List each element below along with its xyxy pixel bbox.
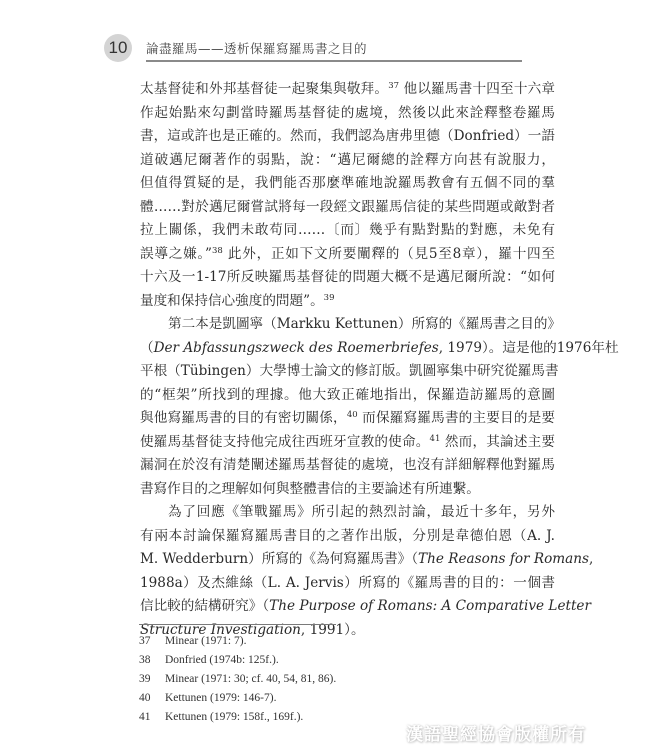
body-text: 太基督徒和外邦基督徒一起聚集與敬拜。37 他以羅馬書十四至十六章 作起始點來勾劃… — [140, 78, 555, 642]
page-number-badge: 10 — [104, 34, 132, 62]
book-title-italic: The Reasons for Romans — [418, 551, 589, 567]
text-line: 信比較的結構研究》（The Purpose of Romans: A Compa… — [140, 595, 555, 619]
copyright-watermark: 漢語聖經協會版權所有 — [406, 720, 586, 745]
text-line: 量度和保持信心強度的問題”。39 — [140, 290, 555, 314]
text-line: 的“框架”所找到的理據。他大致正確地指出，保羅造訪羅馬的意圖 — [140, 384, 555, 408]
footnote-37: 37Minear (1971: 7). — [139, 632, 336, 651]
text-line: M. Wedderburn）所寫的《為何寫羅馬書》（The Reasons fo… — [140, 548, 555, 572]
footnote-ref-39[interactable]: 39 — [324, 293, 335, 303]
footnote-ref-37[interactable]: 37 — [388, 81, 399, 91]
book-title-italic: The Purpose of Romans: A Comparative Let… — [269, 598, 591, 614]
text-line: 十六及一1-17所反映羅馬基督徒的問題大概不是邁尼爾所說：“如何 — [140, 266, 555, 290]
text-line: 有兩本討論保羅寫羅馬書目的之著作出版，分別是韋德伯恩（A. J. — [140, 525, 555, 549]
footnotes: 37Minear (1971: 7). 38Donfried (1974b: 1… — [139, 632, 336, 727]
footnote-ref-41[interactable]: 41 — [430, 434, 441, 444]
text-line: 書，這或許也是正確的。然而，我們認為唐弗里德（Donfried）一語 — [140, 125, 555, 149]
footnote-39: 39Minear (1971: 30; cf. 40, 54, 81, 86). — [139, 670, 336, 689]
paragraph-start: 第二本是凱圖寧（Markku Kettunen）所寫的《羅馬書之目的》 — [140, 313, 555, 337]
paragraph-start: 為了回應《筆戰羅馬》所引起的熱烈討論，最近十多年，另外 — [140, 501, 555, 525]
text-line: 太基督徒和外邦基督徒一起聚集與敬拜。37 他以羅馬書十四至十六章 — [140, 78, 555, 102]
footnote-divider — [139, 624, 336, 625]
footnote-ref-38[interactable]: 38 — [212, 246, 223, 256]
text-line: 體……對於邁尼爾嘗試將每一段經文跟羅馬信徒的某些問題或敵對者 — [140, 196, 555, 220]
running-title: 論盡羅馬——透析保羅寫羅馬書之目的 — [146, 39, 367, 57]
text-line: 1988a）及杰維絲（L. A. Jervis）所寫的《羅馬書的目的：一個書 — [140, 572, 555, 596]
text-line: 與他寫羅馬書的目的有密切關係，40 而保羅寫羅馬書的主要目的是要 — [140, 407, 555, 431]
text-line: 道破邁尼爾著作的弱點，說：“邁尼爾總的詮釋方向甚有說服力， — [140, 149, 555, 173]
text-line: 漏洞在於沒有清楚闡述羅馬基督徒的處境，也沒有詳細解釋他對羅馬 — [140, 454, 555, 478]
text-line: 作起始點來勾劃當時羅馬基督徒的處境，然後以此來詮釋整卷羅馬 — [140, 102, 555, 126]
text-line: （Der Abfassungszweck des Roemerbriefes, … — [140, 337, 555, 361]
text-line: 平根（Tübingen）大學博士論文的修訂版。凱圖寧集中研究從羅馬書 — [140, 360, 555, 384]
footnote-41: 41Kettunen (1979: 158f., 169f.). — [139, 708, 336, 727]
text-line: 拉上關係，我們未敢苟同……〔而〕幾乎有點對點的對應，未免有 — [140, 219, 555, 243]
text-line: 誤導之嫌。”38 此外，正如下文所要闡釋的（見5至8章），羅十四至 — [140, 243, 555, 267]
footnote-38: 38Donfried (1974b: 125f.). — [139, 651, 336, 670]
header-divider — [146, 60, 522, 62]
book-title-italic: Der Abfassungszweck des Roemerbriefes — [154, 340, 439, 356]
text-line: 書寫作目的之理解如何與整體書信的主要論述有所連繫。 — [140, 478, 555, 502]
footnote-ref-40[interactable]: 40 — [347, 410, 358, 420]
text-line: 但值得質疑的是，我們能否那麼準確地說羅馬教會有五個不同的羣 — [140, 172, 555, 196]
text-line: 使羅馬基督徒支持他完成往西班牙宣教的使命。41 然而，其論述主要 — [140, 431, 555, 455]
footnote-40: 40Kettunen (1979: 146-7). — [139, 689, 336, 708]
